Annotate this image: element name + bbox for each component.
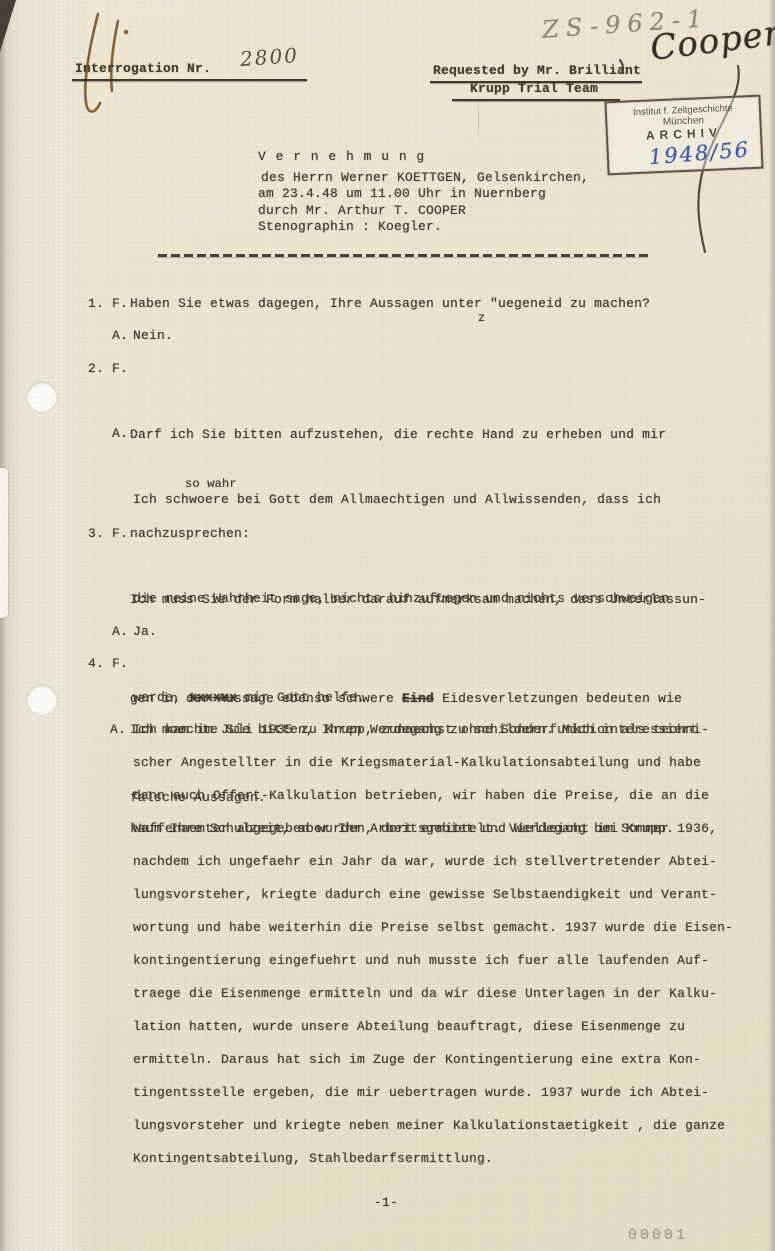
text-line: lation hatten, wurde unsere Abteilung be… — [133, 1010, 733, 1043]
text-line: Kontingentsabteilung, Stahlbedarfsermitt… — [133, 1142, 733, 1175]
text-line: ermitteln. Daraus hat sich im Zuge der K… — [133, 1043, 733, 1076]
stamp-archive-number: 1948/56 — [648, 137, 751, 169]
title-line-stenographer: Stenographin : Koegler. — [258, 220, 442, 233]
footer-stamp-number: 00001 — [628, 1228, 688, 1243]
text-line: lungsvorsteher und kriegte neben meiner … — [133, 1109, 733, 1142]
requested-by-line2: Krupp Trial Team — [470, 82, 598, 95]
requested-by-line1: Requested by Mr. Brilliant — [433, 64, 641, 77]
oath-typed-insert: so wahr — [185, 478, 237, 490]
text-line: Ich muss Sie der Form halber darauf aufm… — [130, 583, 706, 616]
q1-label: 1. F. — [88, 297, 128, 310]
title-line-person: des Herrn Werner KOETTGEN, Gelsenkirchen… — [261, 171, 589, 184]
text-line: Ich kam im Juli 1935 zu Krupp, zunaechst… — [133, 713, 733, 746]
text-line: scher Angestellter in die Kriegsmaterial… — [133, 746, 733, 779]
right-edge-shadow — [768, 0, 775, 1251]
a1-text: Nein. — [133, 329, 173, 342]
title-line-datetime: am 23.4.48 um 11.00 Uhr in Nuernberg — [258, 187, 546, 200]
a1-label: A. — [112, 329, 128, 342]
torn-edge-sliver — [0, 468, 8, 618]
text-line: lungsvorsteher, kriegte dadurch eine gew… — [133, 878, 733, 911]
punch-hole-bottom — [27, 685, 57, 715]
q2-label: 2. F. — [88, 362, 128, 375]
a3-text: Ja. — [133, 625, 157, 638]
text-line: tingentsstelle ergeben, die mir uebertra… — [133, 1076, 733, 1109]
a4-text: Ich kam im Juli 1935 zu Krupp, zunaechst… — [133, 713, 733, 1175]
title-line-interrogator: durch Mr. Arthur T. COOPER — [258, 204, 466, 217]
archive-stamp: Institut f. Zeitgeschichte München ARCHI… — [604, 95, 763, 176]
text-line: traege die Eisenmenge ermitteln und da w… — [133, 977, 733, 1010]
punch-hole-top — [27, 382, 57, 412]
paper-crease — [478, 88, 479, 150]
text-line: wortung und habe weiterhin die Preise se… — [133, 911, 733, 944]
oath-label: A. — [112, 427, 128, 440]
interrogation-label: Interrogation Nr. — [75, 62, 211, 75]
q3-label: 3. F. — [88, 527, 128, 540]
text-line: kontingentierung eingefuehrt und nuh mus… — [133, 944, 733, 977]
text-line: nachdem ich ungefaehr ein Jahr da war, w… — [133, 845, 733, 878]
a4-label: A. — [110, 723, 126, 736]
a3-label: A. — [112, 625, 128, 638]
q1-text: Haben Sie etwas dagegen, Ihre Aussagen u… — [130, 297, 650, 310]
left-edge-texture — [6, 0, 86, 1251]
document-title: V e r n e h m u n g — [258, 150, 425, 163]
text-line: dann auch Offert-Kalkulation betrieben, … — [133, 779, 733, 812]
scanned-document-page: ZS-962-1 Cooper Interrogation Nr. 2800 R… — [0, 0, 775, 1251]
text-line: Waffenaemter abgegeben wurden, dort ermi… — [133, 812, 733, 845]
q1-typed-correction: z — [478, 312, 485, 324]
q4-label: 4. F. — [88, 657, 128, 670]
requested-by-underline2 — [452, 99, 620, 101]
page-number: -1- — [374, 1196, 398, 1209]
handwritten-interrogation-number: 2800 — [239, 45, 299, 69]
dashed-separator — [158, 254, 648, 257]
interrogation-underline — [72, 79, 307, 81]
